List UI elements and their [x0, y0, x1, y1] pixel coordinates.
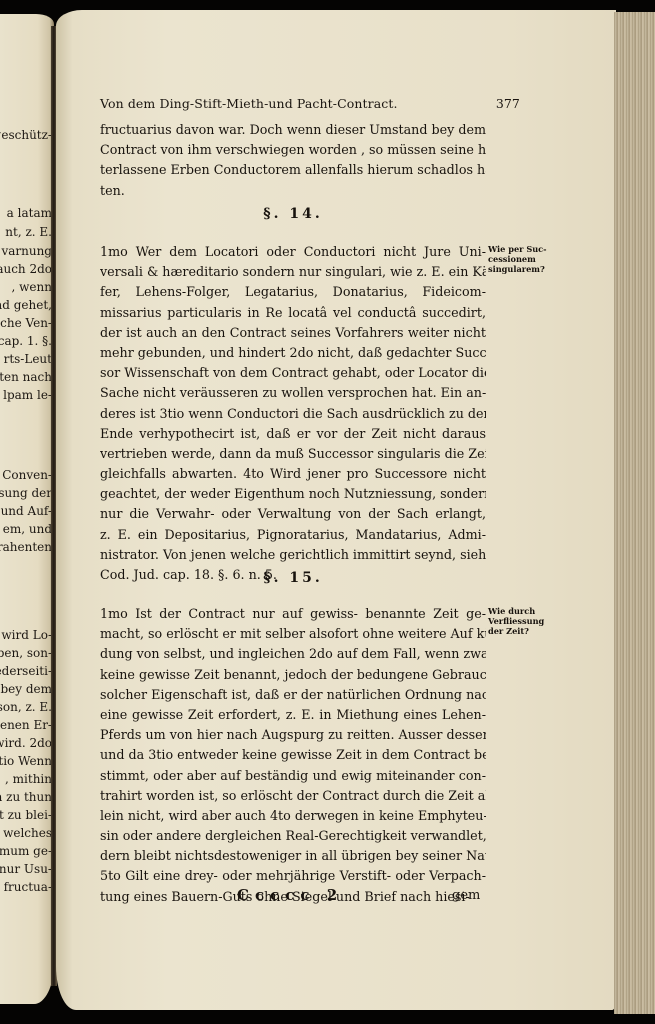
left-page-line: trahenten [0, 540, 52, 554]
text-line: Sache nicht veräusseren zu wollen verspr… [100, 383, 486, 403]
section-14-body: 1mo Wer dem Locatori oder Conductori nic… [100, 242, 486, 585]
left-page-line: , wenn [12, 280, 52, 294]
left-page-line: ssung der [0, 486, 52, 500]
text-line: Pferds um von hier nach Augspurg zu reit… [100, 725, 486, 745]
section-15-body: 1mo Ist der Contract nur auf gewiss- ben… [100, 604, 486, 907]
text-line: mehr gebunden, und hindert 2do nicht, da… [100, 343, 486, 363]
left-page-line: Conven- [2, 468, 52, 482]
catchword: gem [452, 888, 480, 903]
text-line: sin oder andere dergleichen Real-Gerecht… [100, 826, 486, 846]
printer-signature: Ccccc 2 [237, 886, 343, 904]
left-page-line: wird Lo- [1, 628, 52, 642]
text-line: geachtet, der weder Eigenthum noch Nutzn… [100, 484, 486, 504]
text-line: z. E. ein Depositarius, Pignoratarius, M… [100, 525, 486, 545]
left-page-line: 3tio Wenn [0, 754, 52, 768]
text-line: solcher Eigenschaft ist, daß er der natü… [100, 685, 486, 705]
section-15-margin-note: Wie durch Verfliessung der Zeit? [488, 606, 558, 636]
text-line: nistrator. Von jenen welche gerichtlich … [100, 545, 486, 565]
left-page-line: fructua- [4, 880, 52, 894]
left-page-line: , welches [0, 826, 52, 840]
text-line: 1mo Wer dem Locatori oder Conductori nic… [100, 242, 486, 262]
text-line: Contract von ihm verschwiegen worden , s… [100, 140, 486, 160]
text-line: missarius particularis in Re locatâ vel … [100, 303, 486, 323]
section-15-heading: §. 15. [100, 570, 486, 586]
text-line: nur die Verwahr- oder Verwaltung von der… [100, 504, 486, 524]
left-page-line: em, und [3, 522, 52, 536]
section-14-heading: §. 14. [100, 206, 486, 222]
text-line: eine gewisse Zeit erfordert, z. E. in Mi… [100, 705, 486, 725]
left-page-line: , mithin [5, 772, 52, 786]
text-line: sor Wissenschaft von dem Contract gehabt… [100, 363, 486, 383]
text-line: gleichfalls abwarten. 4to Wird jener pro… [100, 464, 486, 484]
text-line: macht, so erlöscht er mit selber alsofor… [100, 624, 486, 644]
left-page-line: varnung [1, 244, 52, 258]
text-line: keine gewisse Zeit benannt, jedoch der b… [100, 665, 486, 685]
left-page-line: auch 2do [0, 262, 52, 276]
page-edges [614, 12, 655, 1014]
left-page-line: che Ven- [0, 316, 52, 330]
left-page-line: n bey dem [0, 682, 52, 696]
text-line: stimmt, oder aber auf beständig und ewig… [100, 766, 486, 786]
text-line: 1mo Ist der Contract nur auf gewiss- ben… [100, 604, 486, 624]
text-line: fructuarius davon war. Doch wenn dieser … [100, 120, 486, 140]
section-14-margin-note: Wie per Suc- cessionem singularem? [488, 244, 558, 274]
text-line: 5to Gilt eine drey- oder mehrjährige Ver… [100, 866, 486, 886]
left-page-line: oben, son- [0, 646, 52, 660]
left-page-line: nt, z. E. [5, 225, 52, 239]
text-line: dung von selbst, und ingleichen 2do auf … [100, 644, 486, 664]
left-page-line: a latam [7, 206, 52, 220]
text-line: fer, Lehens-Folger, Legatarius, Donatari… [100, 282, 486, 302]
left-page-line: denen Er- [0, 718, 52, 732]
text-line: vertrieben werde, dann da muß Successor … [100, 444, 486, 464]
left-page: geschütz-a latamnt, z. E.varnungauch 2do… [0, 14, 54, 1004]
left-page-line: mum ge- [0, 844, 52, 858]
text-line: und da 3tio entweder keine gewisse Zeit … [100, 745, 486, 765]
left-page-line: geschütz- [0, 128, 52, 142]
left-page-line: wird. 2do [0, 736, 52, 750]
running-head-title: Von dem Ding-Stift-Mieth-und Pacht-Contr… [100, 96, 398, 111]
left-page-line: ct zu blei- [0, 808, 52, 822]
text-line: dern bleibt nichtsdestoweniger in all üb… [100, 846, 486, 866]
text-line: ten. [100, 181, 486, 201]
text-line: versali & hæreditario sondern nur singul… [100, 262, 486, 282]
continuation-paragraph: fructuarius davon war. Doch wenn dieser … [100, 120, 486, 201]
left-page-line: nd gehet, [0, 298, 52, 312]
text-line: Ende verhypothecirt ist, daß er vor der … [100, 424, 486, 444]
left-page-line: lpam le- [3, 388, 52, 402]
left-page-line: und Auf- [1, 504, 52, 518]
left-page-line: beederseiti- [0, 664, 52, 678]
left-page-line: rson, z. E. [0, 700, 52, 714]
text-line: terlassene Erben Conductorem allenfalls … [100, 160, 486, 180]
left-page-line: cap. 1. §. [0, 334, 52, 348]
text-line: trahirt worden ist, so erlöscht der Cont… [100, 786, 486, 806]
left-page-line: oten nach [0, 370, 52, 384]
text-line: lein nicht, wird aber auch 4to derwegen … [100, 806, 486, 826]
left-page-line: h zu thun [0, 790, 52, 804]
text-line: deres ist 3tio wenn Conductori die Sach … [100, 404, 486, 424]
running-head: Von dem Ding-Stift-Mieth-und Pacht-Contr… [100, 96, 520, 111]
text-line: der ist auch an den Contract seines Vorf… [100, 323, 486, 343]
left-page-line: r nur Usu- [0, 862, 52, 876]
page-number: 377 [496, 96, 520, 111]
left-page-line: rts-Leut [4, 352, 52, 366]
